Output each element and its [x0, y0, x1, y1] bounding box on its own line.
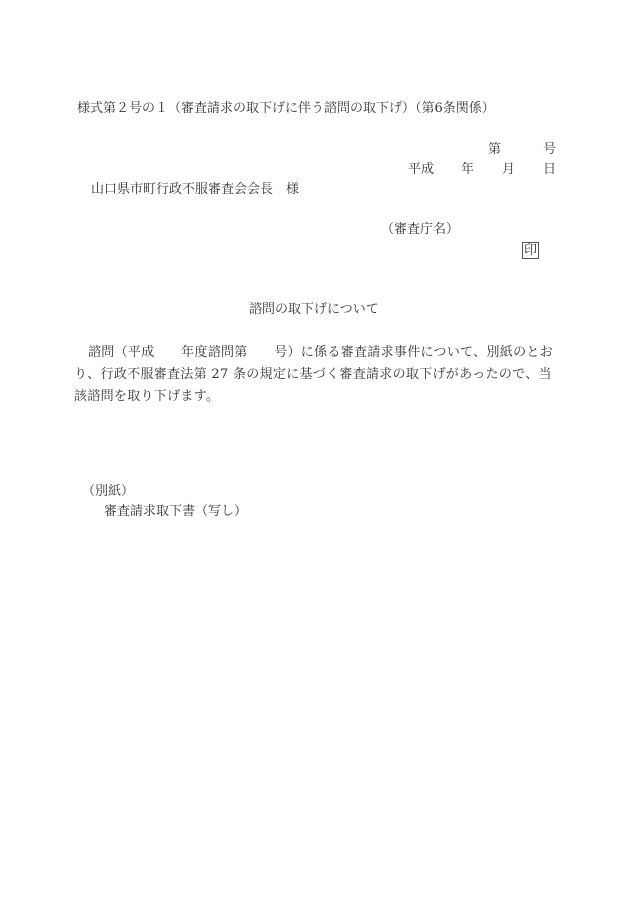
date-era: 平成 [408, 162, 434, 178]
attachment-label: （別紙） [82, 484, 134, 500]
body-paragraph: 諮問（平成 年度諮問第 号）に係る審査請求事件について、別紙のとおり、行政不服審… [74, 342, 564, 408]
seal-mark: 印 [522, 242, 539, 259]
document-title: 諮問の取下げについて [249, 302, 379, 318]
seal-icon: 印 [522, 242, 539, 259]
number-gou: 号 [543, 142, 556, 158]
attachment-item: 審査請求取下書（写し） [104, 504, 247, 520]
date-year: 年 [461, 162, 474, 178]
addressee: 山口県市町行政不服審査会会長 様 [91, 182, 299, 198]
form-header: 様式第２号の１（審査請求の取下げに伴う諮問の取下げ）（第6条関係） [77, 101, 495, 117]
date-day: 日 [543, 162, 556, 178]
sender-name: （審査庁名） [381, 222, 459, 238]
number-dai: 第 [488, 142, 501, 158]
date-month: 月 [502, 162, 515, 178]
